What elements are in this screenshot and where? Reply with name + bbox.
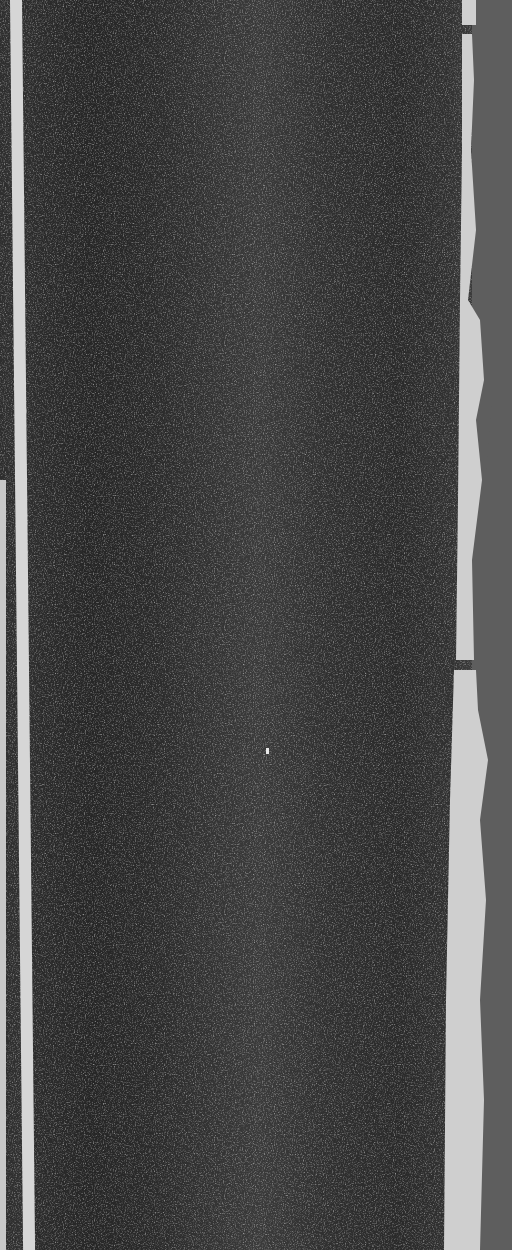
right-edge-marking xyxy=(0,0,512,1250)
road-scene xyxy=(0,0,512,1250)
road-debris xyxy=(266,748,269,754)
left-outer-marking xyxy=(0,480,6,1250)
